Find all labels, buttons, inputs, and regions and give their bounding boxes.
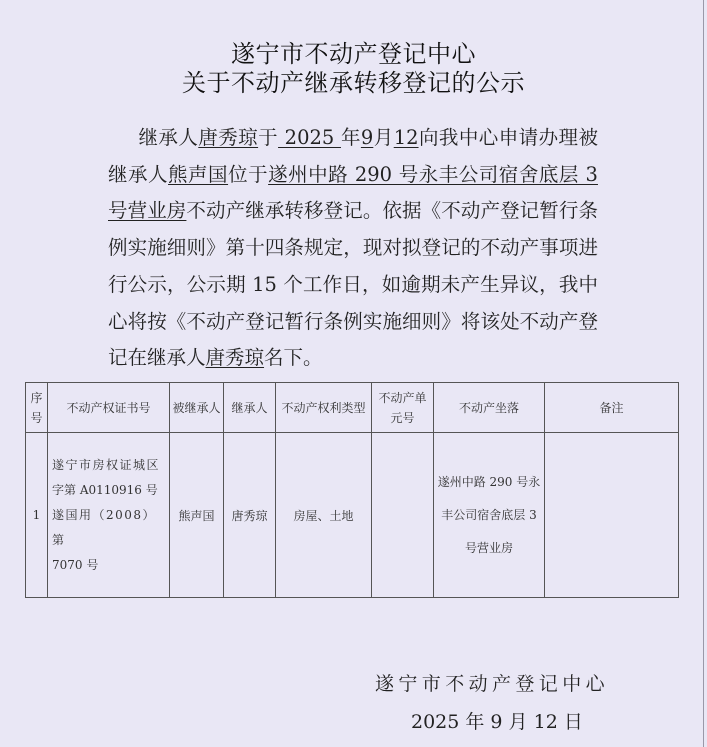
apply-month: 9 (361, 126, 373, 149)
header-deceased: 被继承人 (170, 383, 224, 433)
text-fragment: 年 (341, 126, 361, 149)
location-line: 丰公司宿舍底层 3 (434, 499, 544, 532)
notice-paragraph: 继承人唐秀琼于 2025 年9月12向我中心申请办理被继承人熊声国位于遂州中路 … (108, 120, 598, 377)
header-right-type: 不动产权利类型 (276, 383, 372, 433)
header-remarks: 备注 (545, 383, 679, 433)
table-row: 1 遂宁市房权证城区 字第 A0110916 号 遂国用（2008）第 7070… (26, 433, 679, 598)
page-edge-line (703, 0, 704, 747)
location-line: 遂州中路 290 号永 (434, 466, 544, 499)
cell-heir: 唐秀琼 (224, 433, 276, 598)
document-title-line2: 关于不动产继承转移登记的公示 (0, 63, 707, 98)
cert-line: 遂国用（2008）第 (52, 503, 169, 553)
text-fragment: 位于 (228, 163, 268, 186)
cell-unit-no (372, 433, 434, 598)
apply-day: 12 (394, 126, 419, 149)
cert-line: 字第 A0110916 号 (52, 478, 169, 503)
header-certificate: 不动产权证书号 (48, 383, 170, 433)
location-line: 号营业房 (434, 532, 544, 565)
cert-line: 7070 号 (52, 553, 169, 578)
signature-org: 遂宁市不动产登记中心 (375, 669, 609, 696)
header-heir: 继承人 (224, 383, 276, 433)
table-header-row: 序号 不动产权证书号 被继承人 继承人 不动产权利类型 不动产单元号 不动产坐落… (26, 383, 679, 433)
cell-location: 遂州中路 290 号永 丰公司宿舍底层 3 号营业房 (434, 433, 545, 598)
header-unit-no: 不动产单元号 (372, 383, 434, 433)
heir-name: 唐秀琼 (198, 126, 258, 149)
text-fragment: 不动产继承转移登记。依据《不动产登记暂行条例实施细则》第十四条规定，现对拟登记的… (108, 199, 598, 369)
text-fragment: 于 (258, 126, 278, 149)
apply-year: 2025 (278, 126, 341, 149)
cell-remarks (545, 433, 679, 598)
heir-name-2: 唐秀琼 (206, 346, 265, 369)
signature-date: 2025 年 9 月 12 日 (411, 707, 583, 734)
text-fragment: 名下。 (264, 346, 323, 369)
header-index: 序号 (26, 383, 48, 433)
text-fragment: 月 (373, 126, 393, 149)
cell-deceased: 熊声国 (170, 433, 224, 598)
cell-right-type: 房屋、土地 (276, 433, 372, 598)
cell-certificate: 遂宁市房权证城区 字第 A0110916 号 遂国用（2008）第 7070 号 (48, 433, 170, 598)
cell-index: 1 (26, 433, 48, 598)
header-location: 不动产坐落 (434, 383, 545, 433)
text-fragment: 继承人 (138, 126, 198, 149)
property-table: 序号 不动产权证书号 被继承人 继承人 不动产权利类型 不动产单元号 不动产坐落… (25, 382, 679, 598)
deceased-name: 熊声国 (168, 163, 228, 186)
cert-line: 遂宁市房权证城区 (52, 453, 169, 478)
